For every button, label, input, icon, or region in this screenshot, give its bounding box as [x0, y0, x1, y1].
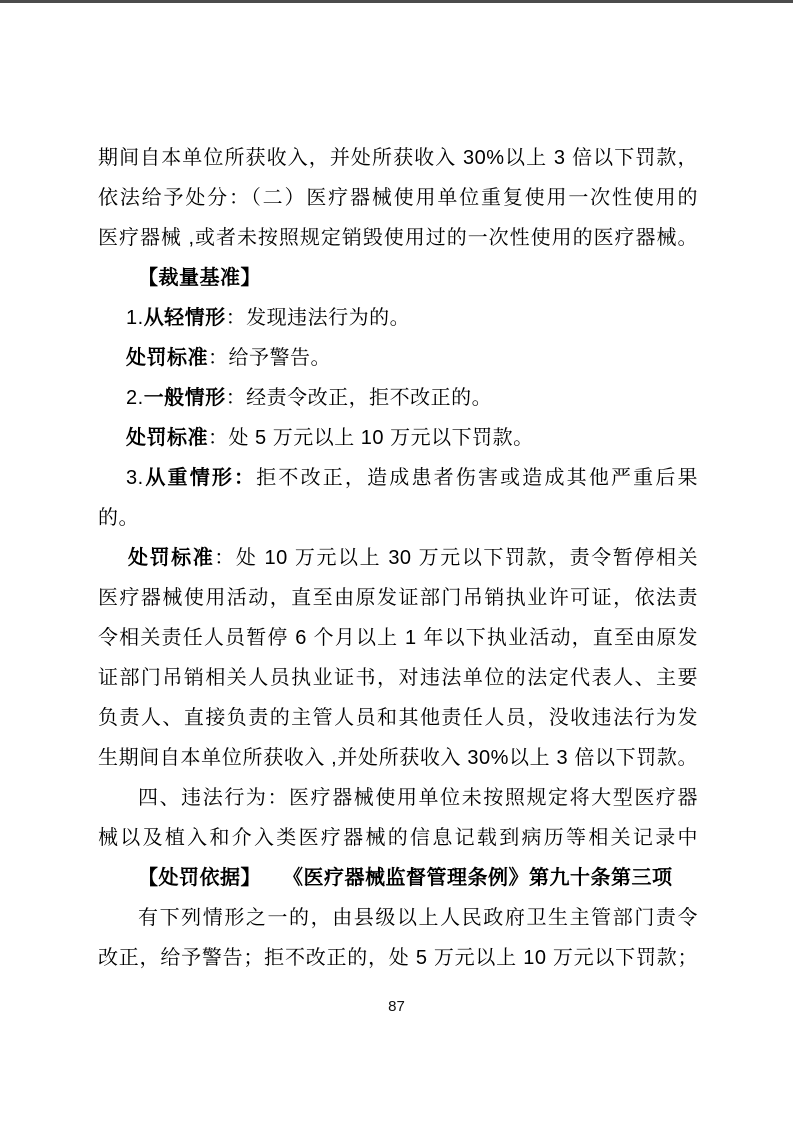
body-text: 证部门吊销相关人员执业证书，对违法单位的法定代表人、主要	[98, 667, 698, 689]
body-text: 械以及植入和介入类医疗器械的信息记载到病历等相关记录中	[98, 827, 698, 849]
body-text: 依法给予处分：（二）医疗器械使用单位重复使用一次性使用的	[98, 187, 698, 209]
body-text: ：发现违法行为的。	[226, 307, 411, 329]
text-line: 【裁量基准】	[98, 258, 698, 298]
text-line: 有下列情形之一的，由县级以上人民政府卫生主管部门责令	[98, 898, 698, 938]
text-line: 医疗器械 ,或者未按照规定销毁使用过的一次性使用的医疗器械。	[98, 218, 698, 258]
body-text: 期间自本单位所获收入，并处所获收入 30%以上 3 倍以下罚款，	[98, 147, 698, 169]
text-line: 的。	[98, 498, 698, 538]
text-line: 医疗器械使用活动，直至由原发证部门吊销执业许可证，依法责	[98, 578, 698, 618]
body-text: 医疗器械 ,或者未按照规定销毁使用过的一次性使用的医疗器械。	[98, 227, 698, 249]
body-text: 改正，给予警告；拒不改正的，处 5 万元以上 10 万元以下罚款；	[98, 947, 698, 969]
body-text: 的。	[98, 507, 139, 529]
text-line: 械以及植入和介入类医疗器械的信息记载到病历等相关记录中	[98, 818, 698, 858]
page-top-edge	[0, 0, 793, 3]
emphasis-text: 从轻情形	[144, 307, 226, 329]
body-text: ：给予警告。	[208, 347, 331, 369]
emphasis-text: 【处罚依据】	[138, 867, 261, 889]
body-text: 3.	[126, 467, 144, 489]
emphasis-text: 【裁量基准】	[138, 267, 261, 289]
body-text: 有下列情形之一的，由县级以上人民政府卫生主管部门责令	[138, 907, 698, 929]
text-line: 2.一般情形：经责令改正，拒不改正的。	[98, 378, 698, 418]
text-line: 处罚标准：处 10 万元以上 30 万元以下罚款，责令暂停相关	[98, 538, 698, 578]
text-line: 依法给予处分：（二）医疗器械使用单位重复使用一次性使用的	[98, 178, 698, 218]
text-line: 证部门吊销相关人员执业证书，对违法单位的法定代表人、主要	[98, 658, 698, 698]
body-text: ：处 10 万元以上 30 万元以下罚款，责令暂停相关	[214, 547, 698, 569]
emphasis-text: 一般情形	[144, 387, 226, 409]
body-text: 拒不改正，造成患者伤害或造成其他严重后果	[256, 467, 698, 489]
text-line: 期间自本单位所获收入，并处所获收入 30%以上 3 倍以下罚款，	[98, 138, 698, 178]
emphasis-text: 处罚标准	[128, 547, 214, 569]
body-text: 2.	[126, 387, 144, 409]
body-text: 令相关责任人员暂停 6 个月以上 1 年以下执业活动，直至由原发	[98, 627, 698, 649]
body-text: 医疗器械使用活动，直至由原发证部门吊销执业许可证，依法责	[98, 587, 698, 609]
emphasis-text: 从重情形：	[144, 467, 257, 489]
body-text: 1.	[126, 307, 144, 329]
text-line: 改正，给予警告；拒不改正的，处 5 万元以上 10 万元以下罚款；	[98, 938, 698, 978]
body-text: ：经责令改正，拒不改正的。	[226, 387, 493, 409]
page-number: 87	[0, 998, 793, 1015]
text-line: 处罚标准：处 5 万元以上 10 万元以下罚款。	[98, 418, 698, 458]
document-body: 期间自本单位所获收入，并处所获收入 30%以上 3 倍以下罚款，依法给予处分：（…	[98, 138, 698, 978]
text-line: 负责人、直接负责的主管人员和其他责任人员，没收违法行为发	[98, 698, 698, 738]
body-text: 负责人、直接负责的主管人员和其他责任人员，没收违法行为发	[98, 707, 698, 729]
body-text: 生期间自本单位所获收入 ,并处所获收入 30%以上 3 倍以下罚款。	[98, 747, 698, 769]
emphasis-text: 《医疗器械监督管理条例》第九十条第三项	[293, 867, 673, 889]
text-line: 生期间自本单位所获收入 ,并处所获收入 30%以上 3 倍以下罚款。	[98, 738, 698, 778]
text-line: 令相关责任人员暂停 6 个月以上 1 年以下执业活动，直至由原发	[98, 618, 698, 658]
text-line: 处罚标准：给予警告。	[98, 338, 698, 378]
emphasis-text: 处罚标准	[126, 427, 208, 449]
text-line: 1.从轻情形：发现违法行为的。	[98, 298, 698, 338]
emphasis-text: 处罚标准	[126, 347, 208, 369]
document-page: 期间自本单位所获收入，并处所获收入 30%以上 3 倍以下罚款，依法给予处分：（…	[0, 0, 793, 1122]
text-line: 3.从重情形：拒不改正，造成患者伤害或造成其他严重后果	[98, 458, 698, 498]
text-line: 四、违法行为：医疗器械使用单位未按照规定将大型医疗器	[98, 778, 698, 818]
body-text: ：处 5 万元以上 10 万元以下罚款。	[208, 427, 534, 449]
text-line: 【处罚依据】《医疗器械监督管理条例》第九十条第三项	[98, 858, 698, 898]
body-text: 四、违法行为：医疗器械使用单位未按照规定将大型医疗器	[138, 787, 698, 809]
